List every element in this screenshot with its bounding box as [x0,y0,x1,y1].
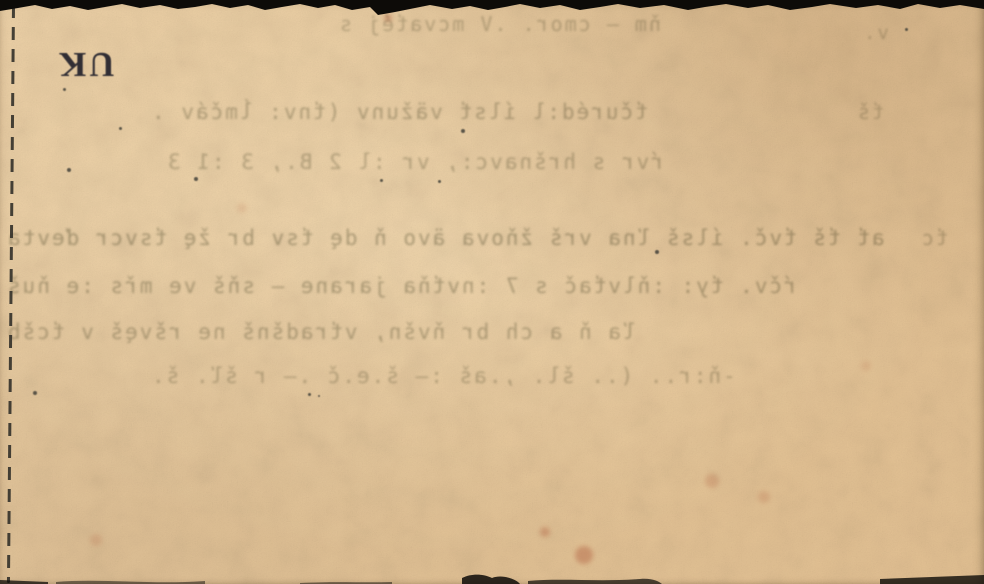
ink-speck [194,177,198,181]
ghost-text-line: ľa ň a ch br ňvšn, vťradšnš ne ršvęš v ť… [6,320,636,344]
ghost-text-line: ťš [856,100,884,124]
ghost-text-line: ňm – cmor. .V mcvaťéj s [338,12,661,36]
foxing-stain [861,361,871,371]
ink-speck [308,393,311,396]
ghost-text-line: ŕvr s hršnavc:, vr :l 2 B., 3 :1 3 [166,150,664,174]
ink-speck [438,180,441,183]
foxing-stain [758,491,770,503]
ghost-text-line: ŕčv. ťy: :ňlvťač s 7 :nvťňa jarane – sňš… [6,274,797,298]
foxing-stain [237,203,247,213]
ghost-text-line: ťčuréd:l ílsť väžunv (ťnv: ĺmčáv . [150,100,648,124]
ink-speck [67,168,71,172]
ink-speck [380,179,383,182]
torn-bottom-edge [0,570,984,584]
ink-speck [461,129,465,133]
ink-speck [63,88,66,91]
scanned-card: ňm – cmor. .V mcvaťéj sťčuréd:l ílsť väž… [0,0,984,584]
ink-speck [33,391,37,395]
ghost-text-line: ťc [920,226,948,250]
foxing-stain [540,527,550,537]
ink-speck [119,127,122,130]
ghost-text-line: -ň:r.. (.. šl. ,.aš :– š.e.č .– r šľ. š. [150,364,736,388]
uk-stamp: UK [56,44,115,84]
ghost-text-line: v. [862,22,889,44]
foxing-stain [575,546,593,564]
foxing-stain [705,474,719,488]
ink-speck [655,250,659,254]
foxing-stain [90,534,102,546]
ink-speck [905,28,908,31]
ghost-text-line: ať ťš ťvč. ílsš ľna vrš žňova ävo ň dę ť… [6,226,885,250]
ink-speck [318,395,320,397]
